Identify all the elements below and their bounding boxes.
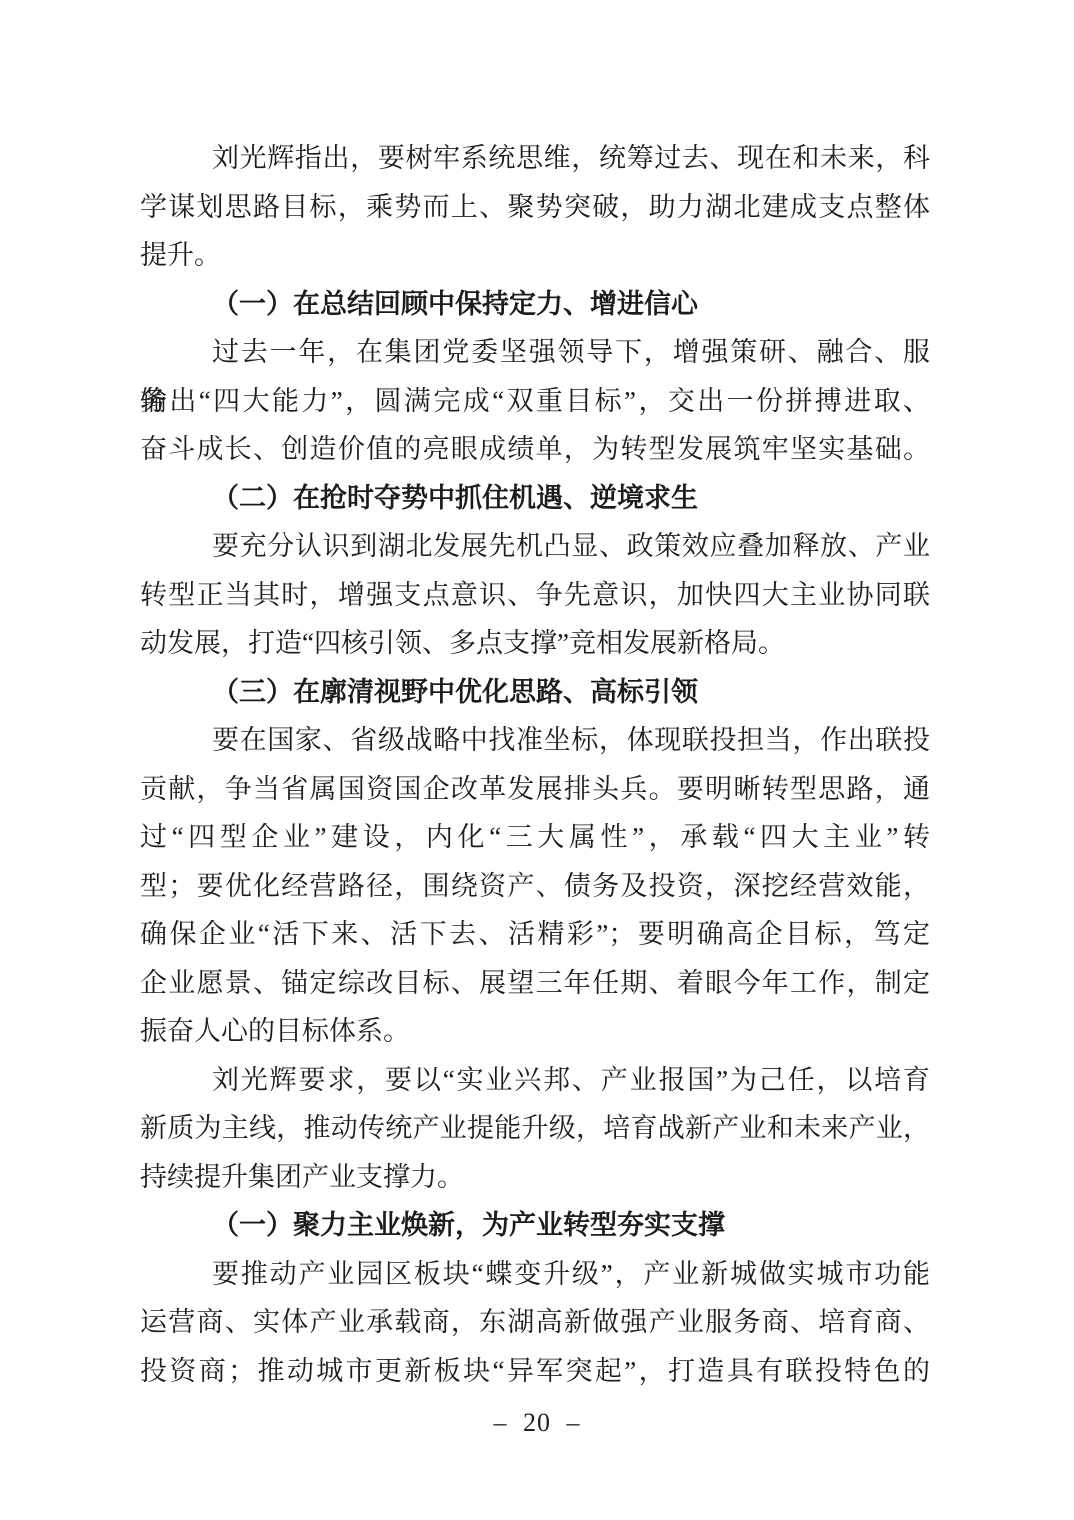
body-text-line: 投资商；推动城市更新板块“异军突起”，打造具有联投特色的 — [140, 1347, 930, 1396]
body-text-line: 刘光辉指出，要树牢系统思维，统筹过去、现在和未来，科 — [140, 134, 930, 183]
section-heading-line: （三）在廓清视野中优化思路、高标引领 — [140, 668, 930, 717]
body-text-line: 过“四型企业”建设，内化“三大属性”，承载“四大主业”转 — [140, 813, 930, 862]
body-text-line: 学谋划思路目标，乘势而上、聚势突破，助力湖北建成支点整体 — [140, 183, 930, 232]
body-text-line: 贡献，争当省属国资国企改革发展排头兵。要明晰转型思路，通 — [140, 765, 930, 814]
page-number: – 20 – — [0, 1408, 1074, 1438]
body-text-line: 刘光辉要求，要以“实业兴邦、产业报国”为己任，以培育 — [140, 1056, 930, 1105]
body-text-line: 要在国家、省级战略中找准坐标，体现联投担当，作出联投 — [140, 716, 930, 765]
document-body: 刘光辉指出，要树牢系统思维，统筹过去、现在和未来，科学谋划思路目标，乘势而上、聚… — [140, 134, 930, 1395]
body-text-line: 运营商、实体产业承载商，东湖高新做强产业服务商、培育商、 — [140, 1298, 930, 1347]
body-text-line: 要充分认识到湖北发展先机凸显、政策效应叠加释放、产业 — [140, 522, 930, 571]
body-text-line: 动发展，打造“四核引领、多点支撑”竞相发展新格局。 — [140, 619, 930, 668]
body-text-line: 过去一年，在集团党委坚强领导下，增强策研、融合、服务、 — [140, 328, 930, 377]
section-heading-line: （一）在总结回顾中保持定力、增进信心 — [140, 280, 930, 329]
body-text-line: 确保企业“活下来、活下去、活精彩”；要明确高企目标，笃定 — [140, 910, 930, 959]
body-text-line: 转型正当其时，增强支点意识、争先意识，加快四大主业协同联 — [140, 571, 930, 620]
document-page: 刘光辉指出，要树牢系统思维，统筹过去、现在和未来，科学谋划思路目标，乘势而上、聚… — [0, 0, 1074, 1520]
body-text-line: 新质为主线，推动传统产业提能升级，培育战新产业和未来产业， — [140, 1104, 930, 1153]
section-heading-line: （一）聚力主业焕新，为产业转型夯实支撑 — [140, 1201, 930, 1250]
body-text-line: 振奋人心的目标体系。 — [140, 1007, 930, 1056]
body-text-line: 持续提升集团产业支撑力。 — [140, 1153, 930, 1202]
body-text-line: 奋斗成长、创造价值的亮眼成绩单，为转型发展筑牢坚实基础。 — [140, 425, 930, 474]
body-text-line: 要推动产业园区板块“蝶变升级”，产业新城做实城市功能 — [140, 1250, 930, 1299]
section-heading-line: （二）在抢时夺势中抓住机遇、逆境求生 — [140, 474, 930, 523]
body-text-line: 型；要优化经营路径，围绕资产、债务及投资，深挖经营效能， — [140, 862, 930, 911]
body-text-line: 输出“四大能力”，圆满完成“双重目标”，交出一份拼搏进取、 — [140, 377, 930, 426]
body-text-line: 提升。 — [140, 231, 930, 280]
body-text-line: 企业愿景、锚定综改目标、展望三年任期、着眼今年工作，制定 — [140, 959, 930, 1008]
